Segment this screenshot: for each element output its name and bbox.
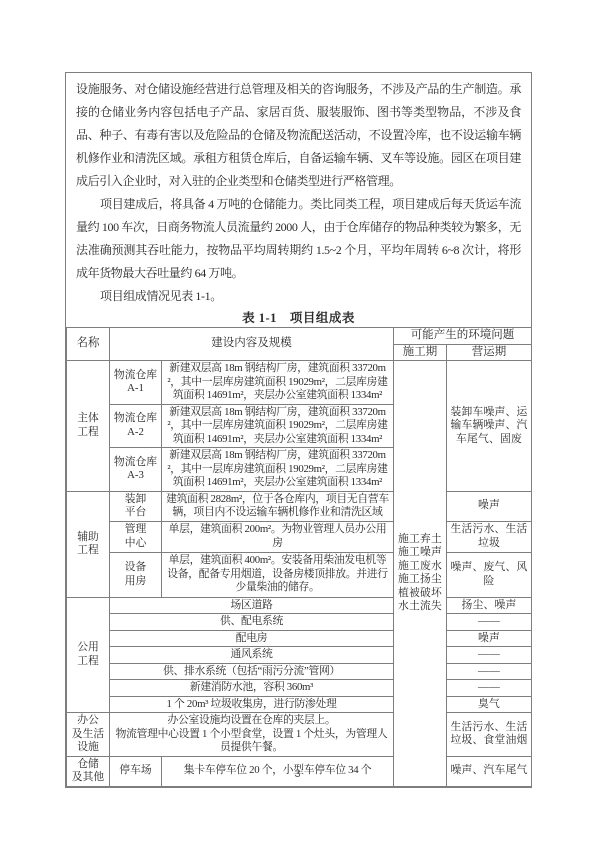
content-cell-warehouse-a1: 新建双层高 18m 钢结构厂房，建筑面积 33720m²，其中一层库房建筑面积 … <box>162 361 394 405</box>
operation-cell-office-living: 生活污水、生活垃圾、食堂油烟 <box>447 713 532 757</box>
content-cell-office-living: 办公室设施均设置在仓库的夹层上。 物流管理中心设置 1 个小型食堂，设置 1 个… <box>110 713 394 757</box>
operation-cell-equipment-room: 噪声、废气、风险 <box>447 552 532 597</box>
subitem-cell-loading-platform: 装卸 平台 <box>110 491 162 521</box>
content-cell-power-supply: 供、配电系统 <box>110 614 394 631</box>
operation-cell-management-center: 生活污水、生活垃圾 <box>447 521 532 552</box>
subitem-cell-warehouse-a1: 物流仓库 A-1 <box>110 361 162 405</box>
operation-cell-site-roads: 扬尘、噪声 <box>447 597 532 614</box>
operation-cell-power-room: 噪声 <box>447 630 532 647</box>
content-cell-ventilation: 通风系统 <box>110 647 394 664</box>
paragraph-see-table: 项目组成情况见表 1-1。 <box>76 285 521 308</box>
content-cell-garbage-room: 1 个 20m³ 垃圾收集房，进行防渗处理 <box>110 696 394 713</box>
operation-cell-loading-platform: 噪声 <box>447 491 532 521</box>
operation-cell-power-supply: —— <box>447 614 532 631</box>
construction-issues-cell: 施工弃土 施工噪声 施工废水 施工扬尘 植被破坏 水土流失 <box>394 361 447 787</box>
group-cell-main-project: 主体 工程 <box>67 361 110 492</box>
operation-cell-main: 装卸车噪声、运输车辆噪声、汽车尾气、固废 <box>447 361 532 492</box>
header-construction-period: 施工期 <box>394 344 447 361</box>
subitem-cell-warehouse-a3: 物流仓库 A-3 <box>110 448 162 492</box>
content-cell-management-center: 单层，建筑面积 200m²。为物业管理人员办公用房 <box>162 521 394 552</box>
paragraph-services: 设施服务、对仓储设施经营进行总管理及相关的咨询服务，不涉及产品的生产制造。承接的… <box>76 78 521 193</box>
group-cell-public-works: 公用 工程 <box>67 597 110 713</box>
header-env-issues: 可能产生的环境问题 <box>394 328 532 345</box>
content-cell-site-roads: 场区道路 <box>110 597 394 614</box>
table-title: 表 1-1 项目组成表 <box>66 308 531 327</box>
group-cell-auxiliary: 辅助 工程 <box>67 491 110 597</box>
subitem-cell-equipment-room: 设备 用房 <box>110 552 162 597</box>
operation-cell-garbage-room: 臭气 <box>447 696 532 713</box>
group-cell-office-living: 办公 及生活 设施 <box>67 713 110 757</box>
subitem-cell-management-center: 管理 中心 <box>110 521 162 552</box>
page-number: 3 <box>0 768 595 780</box>
operation-cell-ventilation: —— <box>447 647 532 664</box>
operation-cell-fire-pool: —— <box>447 680 532 697</box>
header-name: 名称 <box>67 328 110 361</box>
content-cell-power-room: 配电房 <box>110 630 394 647</box>
content-cell-water-supply: 供、排水系统（包括“雨污分流”管网） <box>110 663 394 680</box>
operation-cell-water-supply: —— <box>447 663 532 680</box>
project-composition-table: 名称 建设内容及规模 可能产生的环境问题 施工期 营运期 主体 工程 物流仓库 … <box>66 327 532 787</box>
content-cell-loading-platform: 建筑面积 2828m²，位于各仓库内，项目无自营车辆，项目内不设运输车辆机修作业… <box>162 491 394 521</box>
paragraph-capacity: 项目建成后，将具备 4 万吨的仓储能力。类比同类工程，项目建成后每天货运车流量约… <box>76 193 521 285</box>
subitem-cell-warehouse-a2: 物流仓库 A-2 <box>110 404 162 448</box>
content-cell-warehouse-a3: 新建双层高 18m 钢结构厂房，建筑面积 33720m²，其中一层库房建筑面积 … <box>162 448 394 492</box>
content-cell-fire-pool: 新建消防水池，容积 360m³ <box>110 680 394 697</box>
document-page: 设施服务、对仓储设施经营进行总管理及相关的咨询服务，不涉及产品的生产制造。承接的… <box>0 0 595 841</box>
content-frame: 设施服务、对仓储设施经营进行总管理及相关的咨询服务，不涉及产品的生产制造。承接的… <box>65 72 532 788</box>
content-cell-equipment-room: 单层，建筑面积 400m²。安装备用柴油发电机等设备，配备专用烟道，设备房楼顶排… <box>162 552 394 597</box>
header-operation-period: 营运期 <box>447 344 532 361</box>
content-cell-warehouse-a2: 新建双层高 18m 钢结构厂房，建筑面积 33720m²，其中一层库房建筑面积 … <box>162 404 394 448</box>
intro-text-block: 设施服务、对仓储设施经营进行总管理及相关的咨询服务，不涉及产品的生产制造。承接的… <box>66 73 531 308</box>
header-content: 建设内容及规模 <box>110 328 394 361</box>
